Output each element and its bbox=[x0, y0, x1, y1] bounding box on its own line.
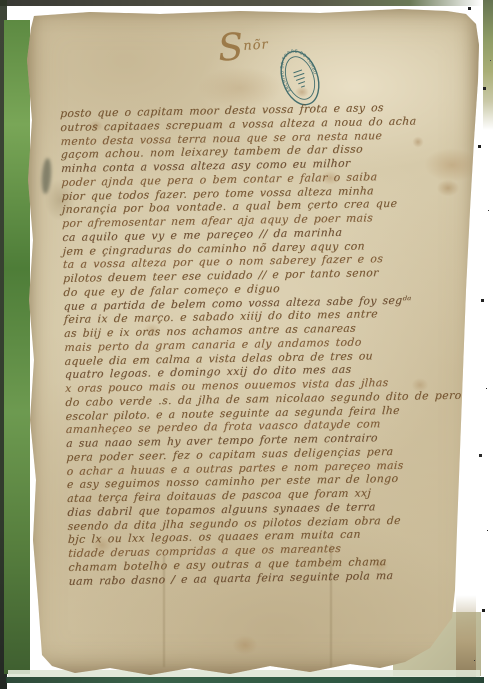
scan-border-bottom-dark bbox=[6, 677, 484, 683]
manuscript-text-block: posto que o capitam moor desta vossa fro… bbox=[60, 100, 441, 588]
scanned-manuscript-photo: Snõr ARCHIVO DA TORRE DO TOMBO posto que… bbox=[0, 0, 496, 689]
book-edge-sliver bbox=[483, 0, 493, 130]
heading-initial-letter: S bbox=[217, 25, 245, 70]
scan-noise-speckles bbox=[0, 0, 1, 1]
scan-border-top bbox=[0, 0, 482, 6]
green-backing-strip bbox=[4, 20, 30, 674]
heading-abbreviation: nõr bbox=[243, 37, 269, 54]
heading-senhor: Snõr bbox=[217, 26, 270, 66]
page-stack-edge bbox=[456, 595, 476, 677]
manuscript-page: Snõr ARCHIVO DA TORRE DO TOMBO posto que… bbox=[24, 6, 482, 678]
